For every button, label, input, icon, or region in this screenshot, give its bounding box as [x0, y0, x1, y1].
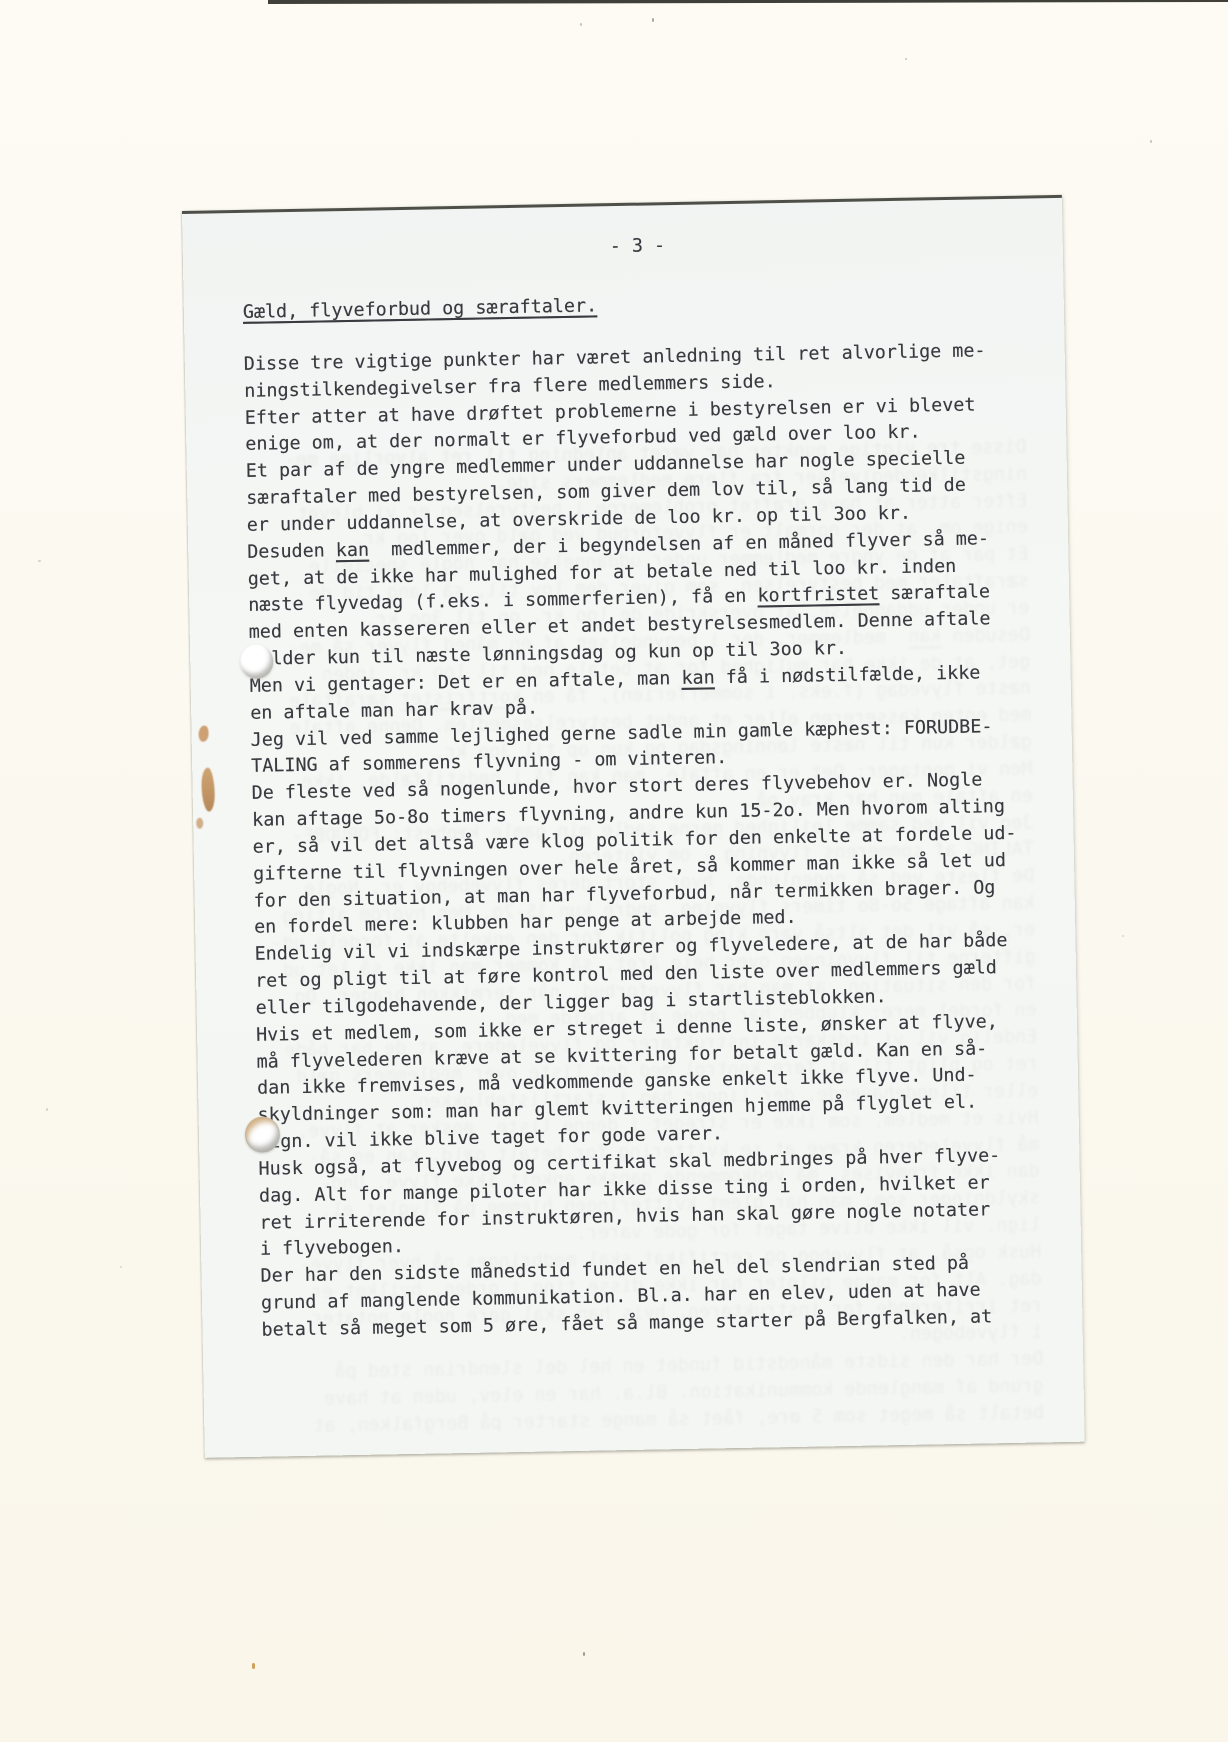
body-text: Disse tre vigtige punkter har været anle…	[244, 338, 1026, 1344]
rust-speck	[252, 1663, 255, 1669]
document-heading: Gæld, flyveforbud og særaftaler.	[243, 295, 598, 322]
rust-stain	[201, 768, 215, 812]
dust-speck	[38, 560, 41, 562]
dust-speck	[580, 23, 582, 26]
dust-speck	[120, 1266, 122, 1268]
dust-speck	[1150, 140, 1152, 143]
rust-stain	[196, 818, 203, 829]
paper: Disse tre vigtige punkter har været anle…	[182, 195, 1085, 1458]
dust-speck	[46, 1108, 48, 1111]
body-line: Der har den sidste månedstid fundet en h…	[231, 1347, 1043, 1389]
dust-speck	[905, 58, 907, 60]
dust-speck	[1122, 935, 1124, 937]
scan-background: { "colors": { "background": "#fbf8ef", "…	[0, 0, 1228, 1742]
dust-speck	[652, 18, 654, 22]
body-line: grund af manglende kommunikation. Bl.a. …	[232, 1373, 1044, 1415]
body-line: betalt så meget som 5 øre, fået så mange…	[232, 1400, 1044, 1442]
page-number: - 3 -	[610, 235, 666, 257]
rust-stain	[198, 726, 208, 742]
scanner-edge-strip	[268, 0, 1228, 4]
dust-speck	[583, 1652, 585, 1656]
